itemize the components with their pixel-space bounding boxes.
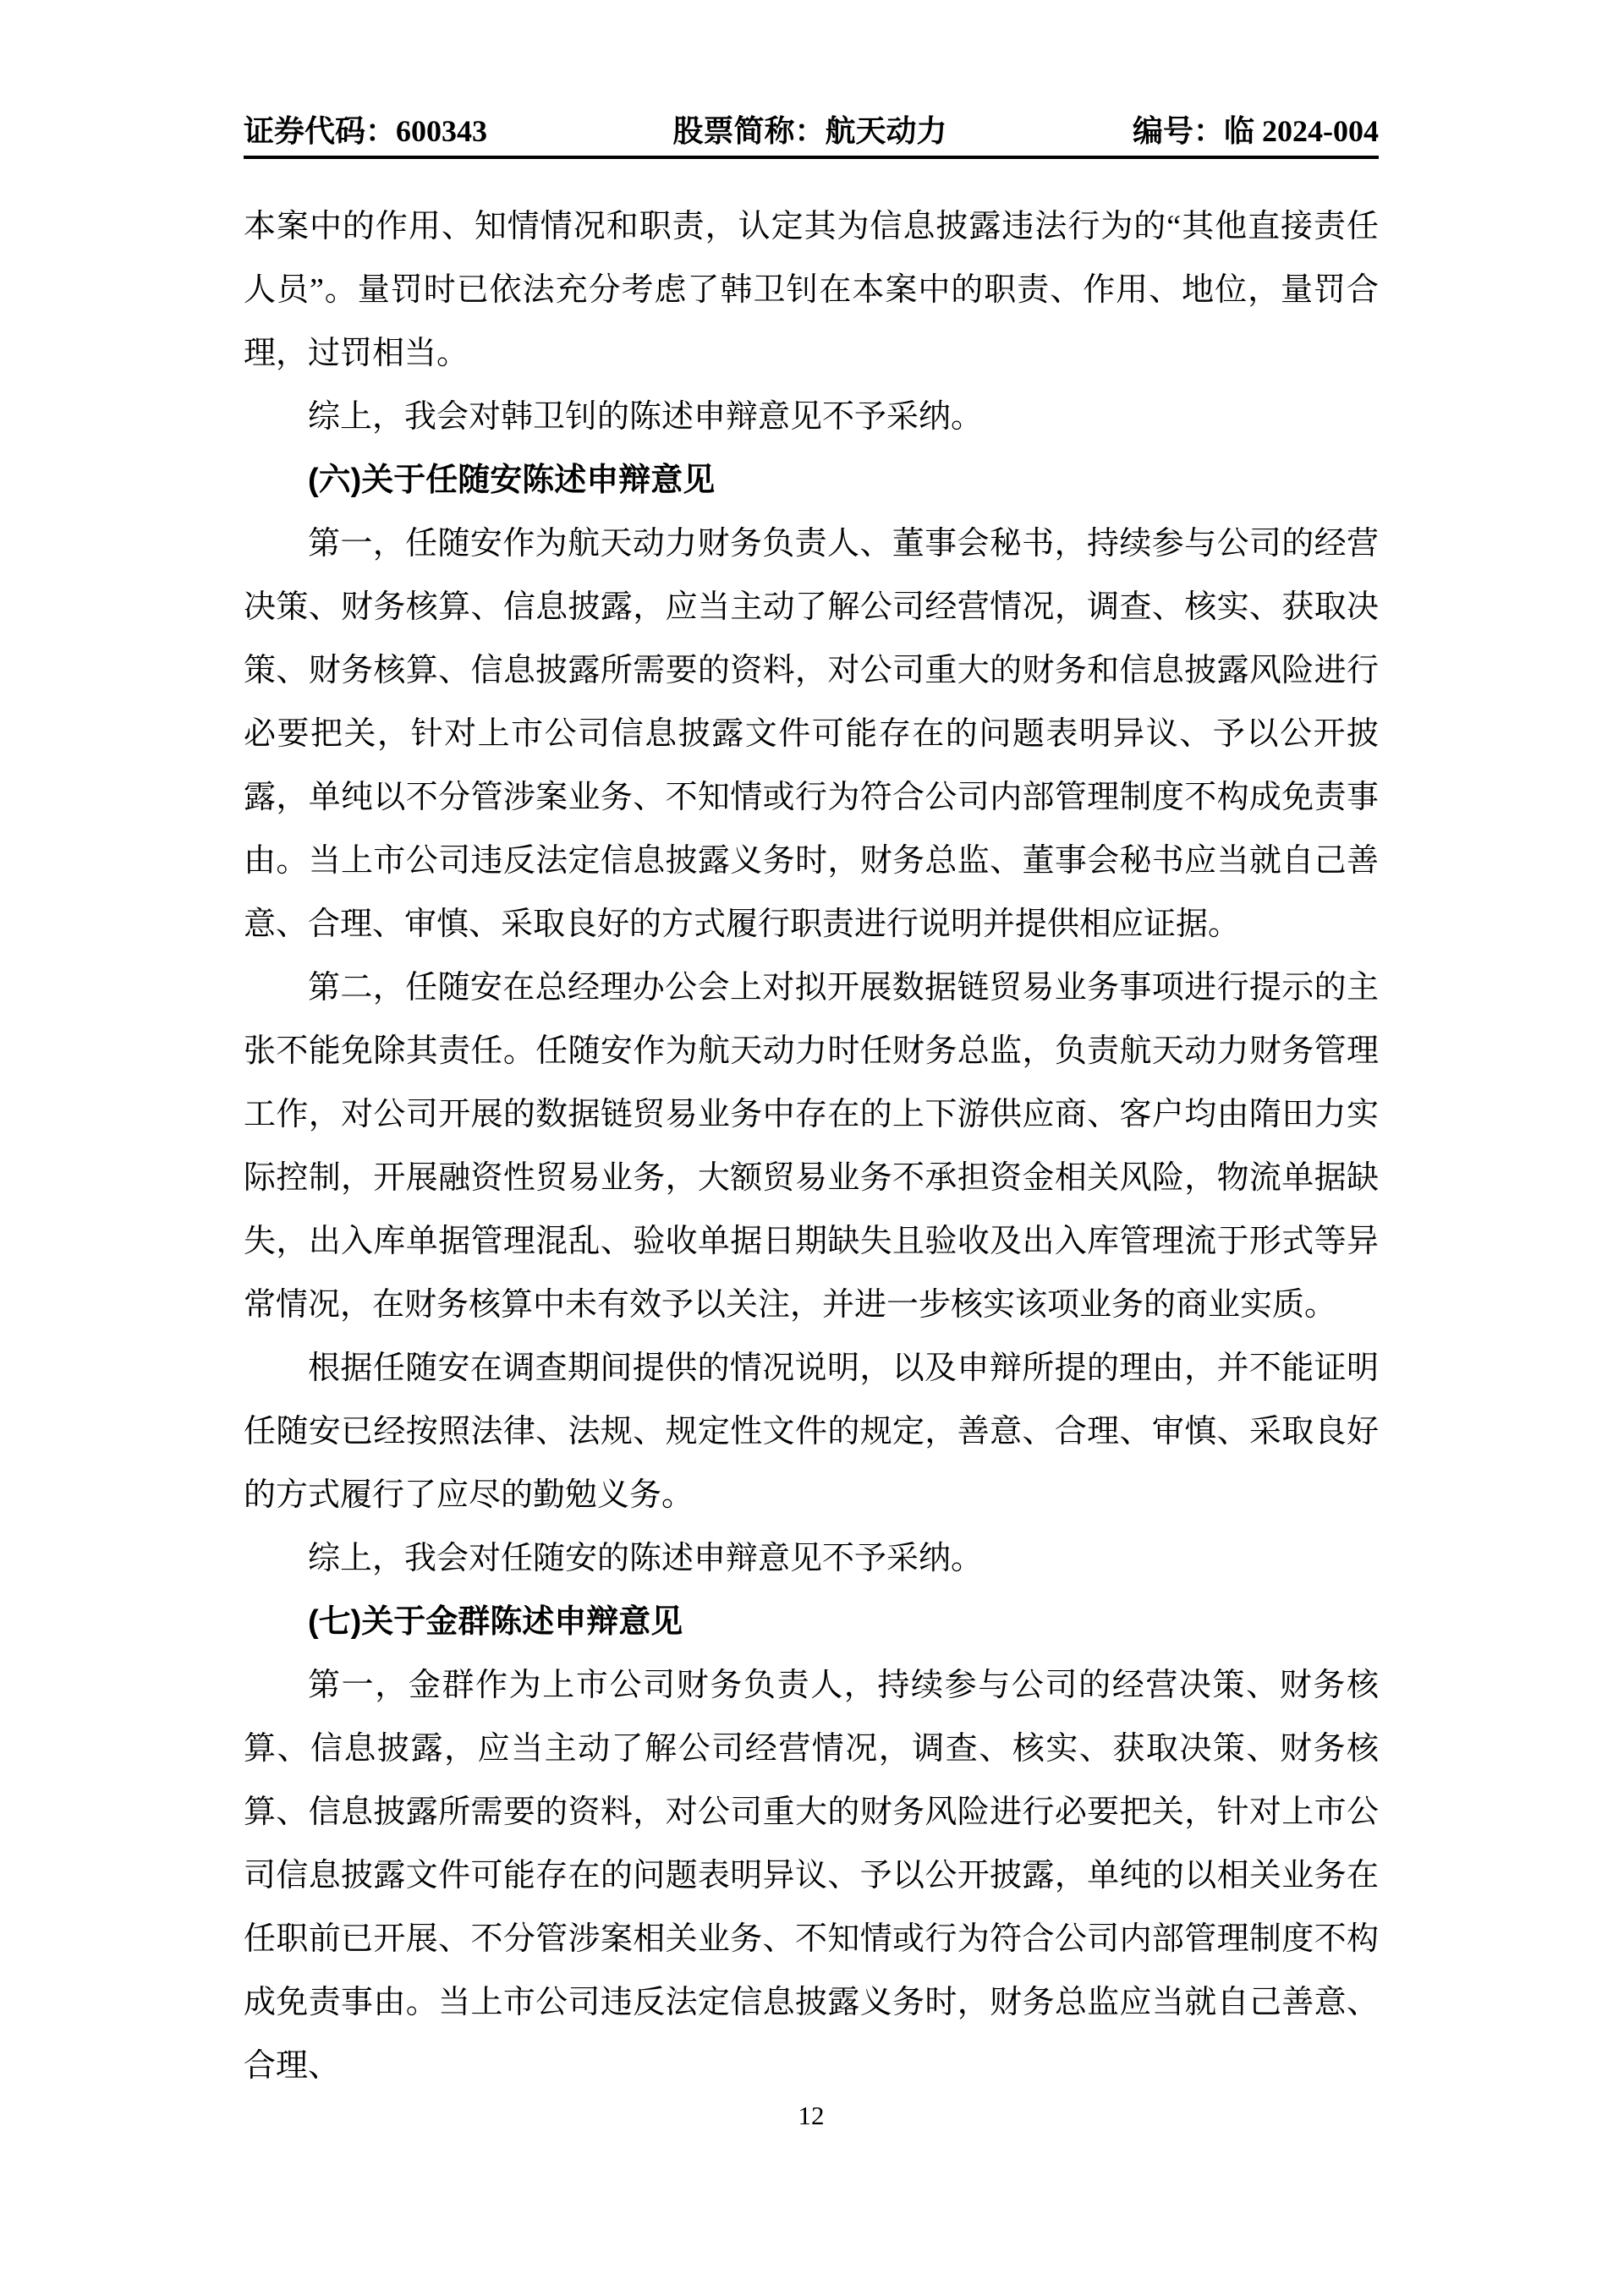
paragraph: 综上，我会对任随安的陈述申辩意见不予采纳。 [244, 1527, 1379, 1591]
document-header: 证券代码：600343 股票简称：航天动力 编号：临 2024-004 [244, 115, 1379, 149]
stock-name-value: 航天动力 [826, 114, 947, 148]
doc-number-label: 编号： [1133, 114, 1224, 148]
document-body: 本案中的作用、知情情况和职责，认定其为信息披露违法行为的“其他直接责任人员”。量… [244, 195, 1379, 2098]
doc-number: 编号：临 2024-004 [1133, 115, 1379, 149]
document-page: 证券代码：600343 股票简称：航天动力 编号：临 2024-004 本案中的… [0, 0, 1624, 2296]
header-divider [244, 156, 1379, 159]
stock-name-label: 股票简称： [672, 114, 825, 148]
paragraph: 第一，金群作为上市公司财务负责人，持续参与公司的经营决策、财务核算、信息披露，应… [244, 1654, 1379, 2098]
paragraph: 根据任随安在调查期间提供的情况说明，以及申辩所提的理由，并不能证明任随安已经按照… [244, 1337, 1379, 1527]
doc-number-value: 临 2024-004 [1224, 114, 1379, 148]
stock-name: 股票简称：航天动力 [672, 115, 946, 149]
paragraph: 第二，任随安在总经理办公会上对拟开展数据链贸易业务事项进行提示的主张不能免除其责… [244, 956, 1379, 1337]
paragraph: 本案中的作用、知情情况和职责，认定其为信息披露违法行为的“其他直接责任人员”。量… [244, 195, 1379, 386]
section-heading: (七)关于金群陈述申辩意见 [244, 1591, 1379, 1654]
page-number: 12 [244, 2099, 1379, 2133]
paragraph: 综上，我会对韩卫钊的陈述申辩意见不予采纳。 [244, 386, 1379, 449]
paragraph: 第一，任随安作为航天动力财务负责人、董事会秘书，持续参与公司的经营决策、财务核算… [244, 512, 1379, 956]
stock-code-value: 600343 [396, 114, 487, 148]
section-heading: (六)关于任随安陈述申辩意见 [244, 449, 1379, 512]
stock-code: 证券代码：600343 [244, 115, 487, 149]
stock-code-label: 证券代码： [244, 114, 396, 148]
